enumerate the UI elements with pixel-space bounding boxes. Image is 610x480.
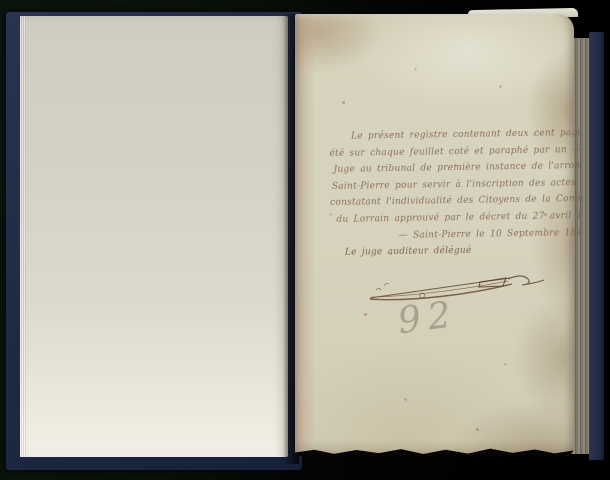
pencil-folio-number: 92 <box>396 295 460 343</box>
blank-left-page <box>20 16 288 457</box>
page-stack-edges-left <box>20 16 26 457</box>
foxing-speckles <box>295 14 296 15</box>
manuscript-text-block: Le présent registre contenant deux cent … <box>329 125 583 262</box>
ragged-bottom-edge <box>295 445 574 456</box>
book-cover-right <box>589 32 604 460</box>
archival-book-scan: Le présent registre contenant deux cent … <box>0 0 610 480</box>
signature-flourish <box>362 266 567 306</box>
